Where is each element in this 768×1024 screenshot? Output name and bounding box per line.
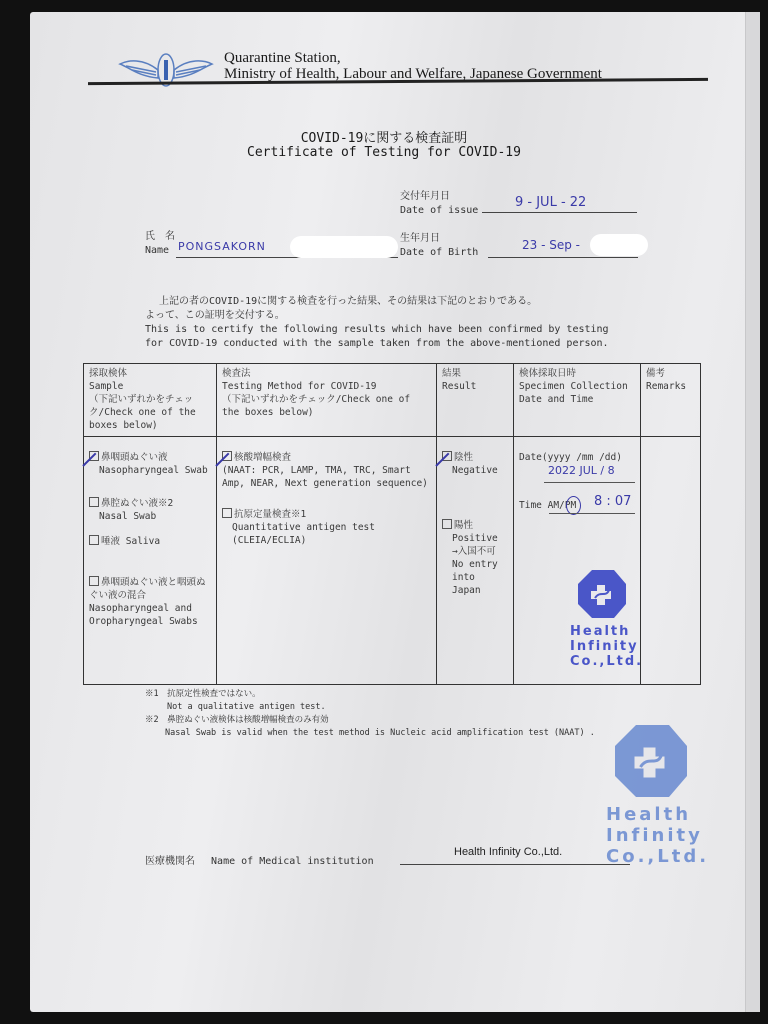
header-collection-en: Specimen Collection Date and Time xyxy=(519,380,635,406)
header-result-en: Result xyxy=(442,380,508,393)
redaction-birth-year xyxy=(590,234,648,256)
note-1-en: Not a qualitative antigen test. xyxy=(145,701,595,714)
stamp-line-3: Co.,Ltd. xyxy=(606,846,709,867)
header-method-en: Testing Method for COVID-19 xyxy=(222,380,431,393)
collection-date-label: Date(yyyy /mm /dd) xyxy=(519,451,635,464)
method-options: 核酸増幅検査 (NAAT: PCR, LAMP, TMA, TRC, Smart… xyxy=(217,437,437,685)
checkbox[interactable] xyxy=(222,508,232,518)
checkbox[interactable] xyxy=(89,576,99,586)
header-method: 検査法 Testing Method for COVID-19 （下記いずれかを… xyxy=(217,364,437,437)
company-stamp-small: Health Infinity Co.,Ltd. xyxy=(570,568,643,669)
option-jp: 唾液 xyxy=(101,536,120,547)
option-jp: 鼻咽頭ぬぐい液 xyxy=(101,452,168,463)
title-english: Certificate of Testing for COVID-19 xyxy=(0,145,768,160)
time-underline xyxy=(549,513,635,514)
statement-en-2: for COVID-19 conducted with the sample t… xyxy=(145,337,645,351)
option-en: Negative xyxy=(442,464,508,477)
dob-underline xyxy=(488,257,638,258)
option-en: Nasopharyngeal and Oropharyngeal Swabs xyxy=(89,602,211,628)
header-sample-note: （下記いずれかをチェック/Check one of the boxes belo… xyxy=(89,393,211,432)
header-remarks-en: Remarks xyxy=(646,380,695,393)
certification-statement: 上記の者のCOVID-19に関する検査を行った結果、その結果は下記のとおりである… xyxy=(145,295,645,351)
collection-date-value: 2022 JUL / 8 xyxy=(548,464,615,477)
statement-jp-2: よって、この証明を交付する。 xyxy=(145,309,645,323)
stamp-line-1: Health xyxy=(606,804,709,825)
option-jp: 陰性 xyxy=(454,452,473,463)
method-option-naat[interactable]: 核酸増幅検査 (NAAT: PCR, LAMP, TMA, TRC, Smart… xyxy=(222,451,431,490)
collection-time-field[interactable]: Time AM/PM 8 : 07 xyxy=(519,499,635,515)
dob-label-jp: 生年月日 xyxy=(400,232,440,245)
org-line-1: Quarantine Station, xyxy=(224,50,602,66)
header-result-jp: 結果 xyxy=(442,367,508,380)
stamp-line-1: Health xyxy=(570,624,643,639)
company-stamp-large: Health Infinity Co.,Ltd. xyxy=(606,722,709,867)
sample-option-nasopharyngeal[interactable]: 鼻咽頭ぬぐい液 Nasopharyngeal Swab xyxy=(89,451,211,477)
remarks-cell xyxy=(641,437,701,685)
note-2-en: Nasal Swab is valid when the test method… xyxy=(145,727,595,740)
header-sample-jp: 採取検体 xyxy=(89,367,211,380)
sample-option-saliva[interactable]: 唾液 Saliva xyxy=(89,535,211,548)
stamp-line-3: Co.,Ltd. xyxy=(570,654,643,669)
name-value[interactable]: PONGSAKORN xyxy=(178,240,266,253)
result-options: 陰性 Negative 陽性 Positive →入国不可 No entry i… xyxy=(437,437,514,685)
header-collection-jp: 検体採取日時 xyxy=(519,367,635,380)
dob-value[interactable]: 23 - Sep - xyxy=(522,238,580,252)
sample-option-nasal[interactable]: 鼻腔ぬぐい液※2 Nasal Swab xyxy=(89,497,211,523)
issue-label-jp: 交付年月日 xyxy=(400,190,450,203)
institution-name-value[interactable]: Health Infinity Co.,Ltd. xyxy=(454,846,562,858)
option-jp: 鼻咽頭ぬぐい液と咽頭ぬぐい液の混合 xyxy=(89,577,206,601)
sample-options: 鼻咽頭ぬぐい液 Nasopharyngeal Swab 鼻腔ぬぐい液※2 Nas… xyxy=(84,437,217,685)
checkbox[interactable] xyxy=(89,497,99,507)
table-header-row: 採取検体 Sample （下記いずれかをチェック/Check one of th… xyxy=(84,364,701,437)
footnotes: ※1 抗原定性検査ではない。 Not a qualitative antigen… xyxy=(145,688,595,740)
institution-label-jp: 医療機関名 xyxy=(145,856,195,867)
note-1-jp: ※1 抗原定性検査ではない。 xyxy=(145,688,595,701)
dob-label-en: Date of Birth xyxy=(400,246,478,259)
option-en: Nasopharyngeal Swab xyxy=(89,464,211,477)
header-collection: 検体採取日時 Specimen Collection Date and Time xyxy=(514,364,641,437)
option-jp: 鼻腔ぬぐい液※2 xyxy=(101,498,173,509)
option-jp: 抗原定量検査※1 xyxy=(234,509,306,520)
institution-label: 医療機関名 Name of Medical institution xyxy=(145,852,374,867)
stamp-line-2: Infinity xyxy=(606,825,709,846)
header-sample-en: Sample xyxy=(89,380,211,393)
redaction-surname xyxy=(290,236,398,258)
org-name: Quarantine Station, Ministry of Health, … xyxy=(224,50,602,82)
option-en: Saliva xyxy=(126,536,160,547)
issue-date-value[interactable]: 9 - JUL - 22 xyxy=(515,195,586,210)
issue-underline xyxy=(482,212,637,213)
header-sample: 採取検体 Sample （下記いずれかをチェック/Check one of th… xyxy=(84,364,217,437)
stamp-line-2: Infinity xyxy=(570,639,643,654)
health-infinity-logo-icon xyxy=(576,568,628,620)
institution-underline xyxy=(400,864,630,865)
result-option-negative[interactable]: 陰性 Negative xyxy=(442,451,508,477)
method-option-antigen[interactable]: 抗原定量検査※1 Quantitative antigen test (CLEI… xyxy=(222,508,431,547)
option-en: Nasal Swab xyxy=(89,510,211,523)
sample-option-naso-oro[interactable]: 鼻咽頭ぬぐい液と咽頭ぬぐい液の混合 Nasopharyngeal and Oro… xyxy=(89,576,211,628)
collection-date-field[interactable]: 2022 JUL / 8 xyxy=(544,464,635,483)
result-option-positive[interactable]: 陽性 Positive →入国不可 No entry into Japan xyxy=(442,519,508,597)
option-extra-jp: →入国不可 xyxy=(442,545,508,558)
name-label-jp: 氏 名 xyxy=(145,230,175,243)
checkbox[interactable] xyxy=(442,519,452,529)
institution-label-en: Name of Medical institution xyxy=(211,856,374,867)
checkbox[interactable] xyxy=(89,535,99,545)
health-infinity-logo-icon xyxy=(612,722,690,800)
header-remarks: 備考 Remarks xyxy=(641,364,701,437)
collection-time-value: 8 : 07 xyxy=(594,495,631,508)
option-jp: 陽性 xyxy=(454,520,473,531)
note-2-jp: ※2 鼻腔ぬぐい液検体は核酸増幅検査のみ有効 xyxy=(145,714,595,727)
name-label-en: Name xyxy=(145,244,169,257)
option-extra-en: No entry into Japan xyxy=(442,558,502,597)
statement-en-1: This is to certify the following results… xyxy=(145,323,645,337)
title-japanese: COVID-19に関する検査証明 xyxy=(0,127,768,146)
statement-jp-1: 上記の者のCOVID-19に関する検査を行った結果、その結果は下記のとおりである… xyxy=(145,295,645,309)
header-method-jp: 検査法 xyxy=(222,367,431,380)
option-jp: 核酸増幅検査 xyxy=(234,452,291,463)
header-result: 結果 Result xyxy=(437,364,514,437)
issue-label-en: Date of issue xyxy=(400,204,478,217)
option-en: Quantitative antigen test (CLEIA/ECLIA) xyxy=(222,521,431,547)
header-method-note: （下記いずれかをチェック/Check one of the boxes belo… xyxy=(222,393,431,419)
header-remarks-jp: 備考 xyxy=(646,367,695,380)
option-en: Positive xyxy=(442,532,508,545)
option-en: (NAAT: PCR, LAMP, TMA, TRC, Smart Amp, N… xyxy=(222,464,431,490)
paper-edge xyxy=(745,12,760,1012)
